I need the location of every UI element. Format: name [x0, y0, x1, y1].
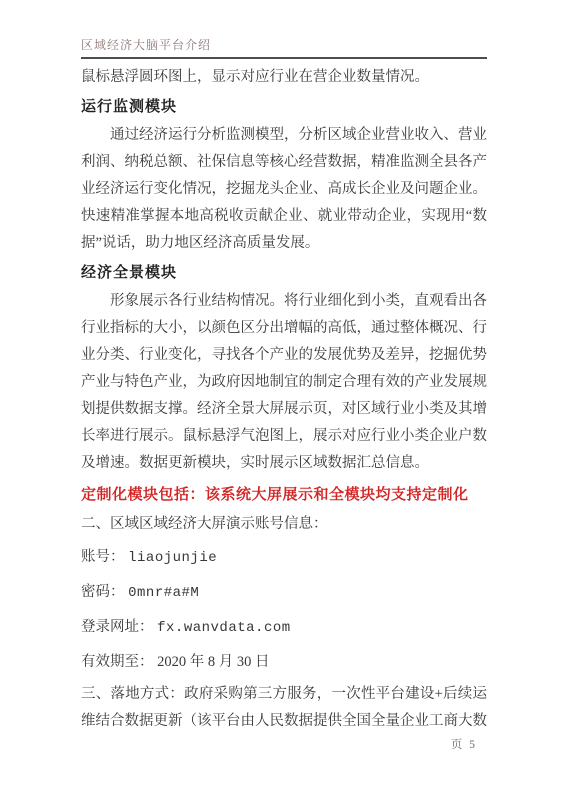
password-line: 密码： 0mnr#a#M — [81, 579, 487, 607]
account-line: 账号： liaojunjie — [81, 544, 487, 572]
customization-note: 定制化模块包括：该系统大屏展示和全模块均支持定制化 — [81, 481, 487, 508]
section-body-operation-monitoring: 通过经济运行分析监测模型，分析区域企业营业收入、营业利润、纳税总额、社保信息等核… — [81, 122, 487, 257]
password-label: 密码： — [81, 584, 125, 600]
validity-value: 2020 年 8 月 30 日 — [157, 654, 269, 670]
account-label: 账号： — [81, 549, 125, 565]
page-header: 区域经济大脑平台介绍 — [81, 36, 487, 59]
page-header-title: 区域经济大脑平台介绍 — [81, 38, 211, 52]
section-body-economic-panorama: 形象展示各行业结构情况。将行业细化到小类，直观看出各行业指标的大小，以颜色区分出… — [81, 288, 487, 477]
page-number: 页 5 — [451, 736, 477, 752]
validity-label: 有效期至： — [81, 654, 154, 670]
login-url-label: 登录网址： — [81, 619, 154, 635]
section-heading-economic-panorama: 经济全景模块 — [81, 259, 487, 286]
intro-continuation-line: 鼠标悬浮圆环图上，显示对应行业在营企业数量情况。 — [81, 64, 487, 91]
document-page: 区域经济大脑平台介绍 鼠标悬浮圆环图上，显示对应行业在营企业数量情况。 运行监测… — [0, 0, 566, 800]
section-heading-operation-monitoring: 运行监测模块 — [81, 93, 487, 120]
account-value: liaojunjie — [128, 550, 217, 566]
password-value: 0mnr#a#M — [128, 585, 199, 601]
account-section-title: 二、区域区域经济大屏演示账号信息： — [81, 511, 487, 538]
document-body: 鼠标悬浮圆环图上，显示对应行业在营企业数量情况。 运行监测模块 通过经济运行分析… — [81, 64, 487, 737]
deployment-paragraph: 三、落地方式：政府采购第三方服务，一次性平台建设+后续运维结合数据更新（该平台由… — [81, 681, 487, 735]
validity-line: 有效期至： 2020 年 8 月 30 日 — [81, 649, 487, 676]
login-url-value: fx.wanvdata.com — [157, 620, 291, 636]
login-url-line: 登录网址： fx.wanvdata.com — [81, 614, 487, 642]
